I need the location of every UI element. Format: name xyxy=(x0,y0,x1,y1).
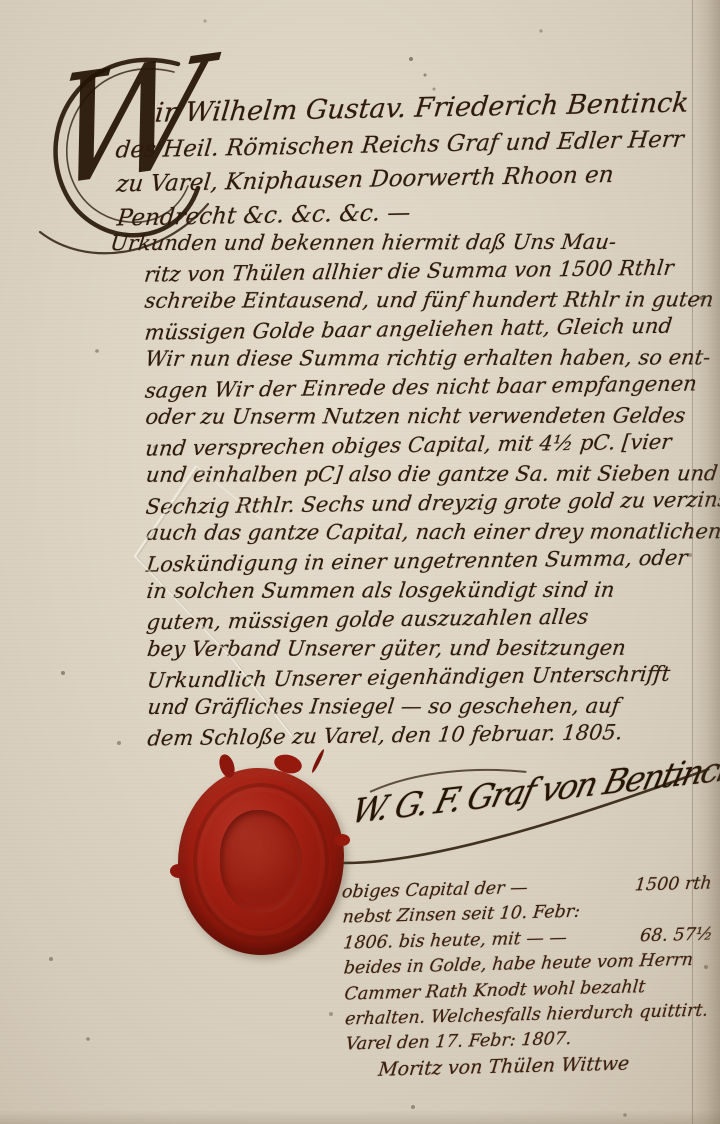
body-line-text: dem Schloße zu Varel, den 10 februar. 18… xyxy=(146,718,624,753)
body-line: gutem, müssigen golde auszuzahlen alles xyxy=(147,603,720,636)
body-line-text: Wir nun diese Summa richtig erhalten hab… xyxy=(143,343,711,374)
wax-drip xyxy=(170,864,188,878)
document-body: Urkunden und bekennen hiermit daß Uns Ma… xyxy=(144,226,720,752)
body-line-text: bey Verband Unserer güter, und besitzung… xyxy=(146,634,628,664)
signature-flourish xyxy=(329,735,720,888)
wax-seal xyxy=(178,768,344,955)
page-edge-bottom xyxy=(0,1110,720,1124)
body-line: müssigen Golde baar angeliehen hatt, Gle… xyxy=(145,313,720,346)
manuscript-page: W ir Wilhelm Gustav. Friederich Bentinck… xyxy=(0,0,720,1124)
ink-speckles xyxy=(0,0,2,2)
body-line-text: schreibe Eintausend, und fünf hundert Rt… xyxy=(143,285,715,316)
body-line: in solchen Summen als losgekündigt sind … xyxy=(147,574,720,607)
body-line-text: in solchen Summen als losgekündigt sind … xyxy=(145,576,616,606)
wax-drip xyxy=(311,748,326,773)
count-signature: W. G. F. Graf von Bentinck xyxy=(329,735,720,888)
receipt-note: obiges Capital der — 1500 rth nebst Zins… xyxy=(342,872,717,1084)
body-line: und versprechen obiges Capital, mit 4½ p… xyxy=(146,429,720,462)
body-line-text: und einhalben pC] also die gantze Sa. mi… xyxy=(144,459,719,490)
body-line: Loskündigung in einer ungetrennten Summa… xyxy=(146,545,720,578)
body-line-text: und Gräfliches Insiegel — so geschehen, … xyxy=(146,692,621,722)
body-line: sagen Wir der Einrede des nicht baar emp… xyxy=(145,371,720,404)
page-edge-right xyxy=(690,0,720,1124)
wax-drip xyxy=(334,834,350,846)
receipt-signature-text: Moritz von Thülen Wittwe xyxy=(377,1051,630,1083)
body-line: Sechzig Rthlr. Sechs und dreyzig grote g… xyxy=(146,487,720,520)
body-line-text: Urkunden und bekennen hiermit daß Uns Ma… xyxy=(109,228,618,258)
wax-drip xyxy=(217,752,238,779)
body-line-text: oder zu Unserm Nutzen nicht verwendeten … xyxy=(144,401,687,431)
body-line-text: gutem, müssigen golde auszuzahlen alles xyxy=(145,603,590,638)
wax-drip xyxy=(272,752,304,776)
document-header: ir Wilhelm Gustav. Friederich Bentinck d… xyxy=(115,85,691,236)
body-line-text: auch das gantze Capital, nach einer drey… xyxy=(145,517,720,548)
body-line: und Gräfliches Insiegel — so geschehen, … xyxy=(147,690,720,723)
body-line: Urkundlich Unserer eigenhändigen Untersc… xyxy=(147,661,720,694)
body-line: ritz von Thülen allhier die Summa von 15… xyxy=(144,255,719,288)
